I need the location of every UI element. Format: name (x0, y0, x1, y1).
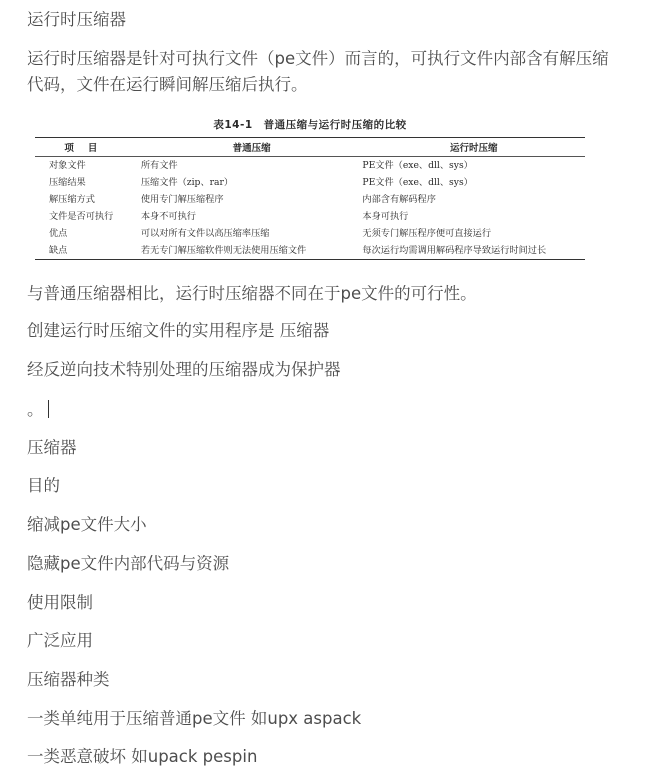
cell-runtime: 内部含有解码程序 (362, 191, 585, 208)
cell-normal: 使用专门解压缩程序 (141, 191, 363, 208)
cell-label: 解压缩方式 (35, 191, 141, 208)
comparison-table-figure: 表14-1 普通压缩与运行时压缩的比较 项目 普通压缩 运行时压缩 对象文件 所… (35, 115, 585, 261)
table-row: 解压缩方式 使用专门解压缩程序 内部含有解码程序 (35, 191, 585, 208)
cell-label: 对象文件 (35, 157, 141, 175)
paragraph: 创建运行时压缩文件的实用程序是 压缩器 (27, 318, 329, 344)
heading: 运行时压缩器 (27, 7, 126, 33)
cell-label: 缺点 (35, 242, 141, 260)
paragraph: 一类恶意破坏 如upack pespin (27, 744, 257, 770)
comparison-table: 项目 普通压缩 运行时压缩 对象文件 所有文件 PE文件（exe、dll、sys… (35, 137, 585, 260)
cell-runtime: PE文件（exe、dll、sys） (362, 174, 585, 191)
table-row: 缺点 若无专门解压缩软件则无法使用压缩文件 每次运行均需调用解码程序导致运行时间… (35, 242, 585, 260)
table-caption: 表14-1 普通压缩与运行时压缩的比较 (35, 117, 585, 132)
paragraph: 压缩器种类 (27, 667, 110, 693)
paragraph-with-cursor[interactable]: 。 (27, 397, 49, 423)
cell-label: 压缩结果 (35, 174, 141, 191)
cell-normal: 本身不可执行 (141, 208, 363, 225)
table-row: 文件是否可执行 本身不可执行 本身可执行 (35, 208, 585, 225)
paragraph: 目的 (27, 473, 60, 499)
cell-runtime: 本身可执行 (362, 208, 585, 225)
cell-label: 文件是否可执行 (35, 208, 141, 225)
paragraph: 隐藏pe文件内部代码与资源 (27, 551, 229, 577)
cell-runtime: 每次运行均需调用解码程序导致运行时间过长 (362, 242, 585, 260)
paragraph: 一类单纯用于压缩普通pe文件 如upx aspack (27, 706, 361, 732)
cell-normal: 压缩文件（zip、rar） (141, 174, 363, 191)
paragraph: 经反逆向技术特别处理的压缩器成为保护器 (27, 357, 341, 383)
paragraph: 使用限制 (27, 590, 93, 616)
paragraph: 缩减pe文件大小 (27, 512, 147, 538)
intro-paragraph: 运行时压缩器是针对可执行文件（pe文件）而言的，可执行文件内部含有解压缩代码，文… (27, 46, 617, 98)
table-row: 压缩结果 压缩文件（zip、rar） PE文件（exe、dll、sys） (35, 174, 585, 191)
paragraph: 广泛应用 (27, 628, 93, 654)
cell-normal: 若无专门解压缩软件则无法使用压缩文件 (141, 242, 363, 260)
table-row: 对象文件 所有文件 PE文件（exe、dll、sys） (35, 157, 585, 175)
header-normal-compression: 普通压缩 (141, 138, 363, 157)
paragraph: 与普通压缩器相比，运行时压缩器不同在于pe文件的可行性。 (27, 281, 477, 307)
cell-runtime: 无须专门解压程序便可直接运行 (362, 225, 585, 242)
text-cursor (48, 400, 49, 418)
paragraph: 压缩器 (27, 435, 77, 461)
table-row: 优点 可以对所有文件以高压缩率压缩 无须专门解压程序便可直接运行 (35, 225, 585, 242)
cell-label: 优点 (35, 225, 141, 242)
header-runtime-compression: 运行时压缩 (362, 138, 585, 157)
paragraph-text: 。 (27, 400, 44, 419)
cell-runtime: PE文件（exe、dll、sys） (362, 157, 585, 175)
cell-normal: 所有文件 (141, 157, 363, 175)
header-item: 项目 (35, 138, 141, 157)
cell-normal: 可以对所有文件以高压缩率压缩 (141, 225, 363, 242)
table-header-row: 项目 普通压缩 运行时压缩 (35, 138, 585, 157)
